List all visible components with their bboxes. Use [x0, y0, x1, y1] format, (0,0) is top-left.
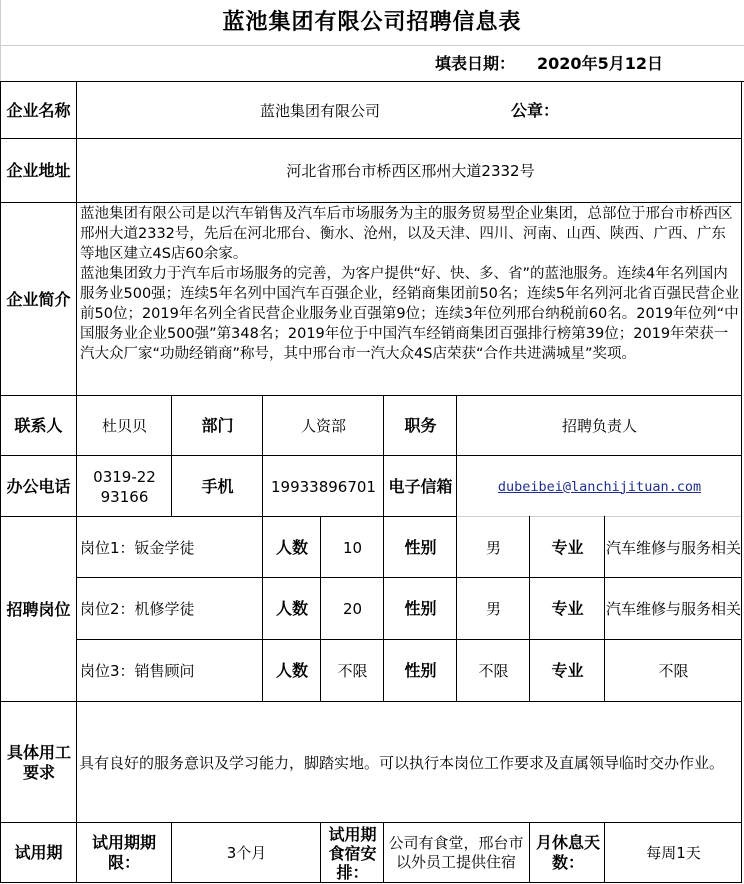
grid-line: [0, 822, 742, 823]
grid-line: [604, 516, 605, 702]
probation-label: 试用期: [0, 823, 77, 883]
recruitment-sheet: 蓝池集团有限公司招聘信息表 填表日期： 2020年5月12日 企业名称 蓝池集团…: [0, 0, 744, 884]
grid-line: [0, 138, 742, 139]
job-1-count[interactable]: 10: [321, 517, 384, 578]
mobile-value[interactable]: 19933896701: [263, 456, 384, 517]
grid-line: [529, 822, 530, 883]
fill-date-value: 2020年5月12日: [530, 46, 670, 82]
job-2-position[interactable]: 岗位2：机修学徒: [80, 578, 260, 640]
grid-line: [0, 882, 742, 883]
job-3-position[interactable]: 岗位3：销售顾问: [80, 640, 260, 702]
job-1-major-label: 专业: [530, 517, 605, 578]
probation-board-value[interactable]: 公司有食堂，邢台市以外员工提供住宿: [387, 823, 525, 883]
job-1-count-label: 人数: [263, 517, 321, 578]
grid-line: [320, 822, 321, 883]
grid-line: [76, 81, 77, 883]
company-intro-paragraph-2: 蓝池集团致力于汽车后市场服务的完善，为客户提供“好、快、多、省”的蓝池服务。连续…: [80, 264, 740, 364]
job-2-gender-label: 性别: [384, 578, 457, 640]
position-label: 职务: [384, 396, 457, 456]
department-value[interactable]: 人资部: [263, 396, 384, 456]
email-label: 电子信箱: [384, 456, 457, 517]
grid-line: [383, 822, 384, 883]
grid-line: [320, 516, 321, 702]
grid-line: [171, 822, 172, 883]
grid-line: [262, 395, 263, 702]
probation-period-label: 试用期期限：: [86, 823, 162, 883]
job-3-count[interactable]: 不限: [321, 640, 384, 702]
job-2-count-label: 人数: [263, 578, 321, 640]
job-2-major[interactable]: 汽车维修与服务相关: [606, 578, 741, 640]
company-name-value[interactable]: 蓝池集团有限公司: [190, 82, 450, 139]
grid-line: [456, 395, 457, 702]
probation-board-label: 试用期食宿安排：: [322, 823, 383, 883]
grid-line: [0, 202, 742, 203]
email-link[interactable]: dubeibei@lanchijituan.com: [498, 477, 701, 497]
job-1-major[interactable]: 汽车维修与服务相关: [606, 517, 741, 578]
company-seal-label: 公章：: [490, 82, 580, 139]
grid-line: [77, 639, 742, 640]
company-address-label: 企业地址: [0, 139, 77, 203]
job-1-gender[interactable]: 男: [457, 517, 530, 578]
requirements-label: 具体用工要求: [4, 702, 74, 823]
job-3-major[interactable]: 不限: [606, 640, 741, 702]
grid-line: [383, 395, 384, 702]
grid-line: [0, 701, 742, 702]
contact-person-label: 联系人: [0, 396, 77, 456]
job-1-position[interactable]: 岗位1：钣金学徒: [80, 517, 260, 578]
grid-line: [529, 516, 530, 702]
email-cell: dubeibei@lanchijituan.com: [457, 456, 742, 517]
grid-line: [0, 455, 742, 456]
grid-line: [77, 577, 742, 578]
grid-line: [457, 516, 742, 517]
grid-line: [0, 81, 1, 883]
job-2-gender[interactable]: 男: [457, 578, 530, 640]
probation-period-value[interactable]: 3个月: [172, 823, 321, 883]
office-phone-value[interactable]: 0319-2293166: [92, 456, 157, 517]
job-3-count-label: 人数: [263, 640, 321, 702]
contact-person-value[interactable]: 杜贝贝: [77, 396, 172, 456]
left-edge-top: [0, 0, 1, 82]
company-name-label: 企业名称: [0, 82, 77, 139]
fill-date-label: 填表日期：: [420, 46, 530, 82]
job-3-major-label: 专业: [530, 640, 605, 702]
company-intro-paragraph-1: 蓝池集团有限公司是以汽车销售及汽车后市场服务为主的服务贸易型企业集团，总部位于邢…: [80, 204, 740, 264]
job-2-major-label: 专业: [530, 578, 605, 640]
page-title: 蓝池集团有限公司招聘信息表: [0, 0, 744, 46]
grid-line: [171, 395, 172, 517]
company-address-value[interactable]: 河北省邢台市桥西区邢州大道2332号: [77, 139, 744, 203]
job-3-gender-label: 性别: [384, 640, 457, 702]
jobs-label: 招聘岗位: [0, 517, 77, 702]
grid-line: [0, 395, 742, 396]
department-label: 部门: [172, 396, 263, 456]
title-divider: [0, 45, 744, 46]
position-value[interactable]: 招聘负责人: [457, 396, 742, 456]
company-intro-label: 企业简介: [0, 203, 77, 396]
monthly-rest-label: 月休息天数：: [533, 823, 603, 883]
job-2-count[interactable]: 20: [321, 578, 384, 640]
grid-line: [0, 516, 457, 517]
grid-line: [741, 81, 742, 883]
grid-line: [0, 81, 744, 82]
grid-line: [604, 822, 605, 883]
office-phone-label: 办公电话: [0, 456, 77, 517]
job-1-gender-label: 性别: [384, 517, 457, 578]
monthly-rest-value[interactable]: 每周1天: [606, 823, 741, 883]
requirements-text[interactable]: 具有良好的服务意识及学习能力，脚踏实地。可以执行本岗位工作要求及直属领导临时交办…: [79, 702, 741, 823]
company-intro-text[interactable]: 蓝池集团有限公司是以汽车销售及汽车后市场服务为主的服务贸易型企业集团，总部位于邢…: [77, 203, 742, 396]
job-3-gender[interactable]: 不限: [457, 640, 530, 702]
mobile-label: 手机: [172, 456, 263, 517]
